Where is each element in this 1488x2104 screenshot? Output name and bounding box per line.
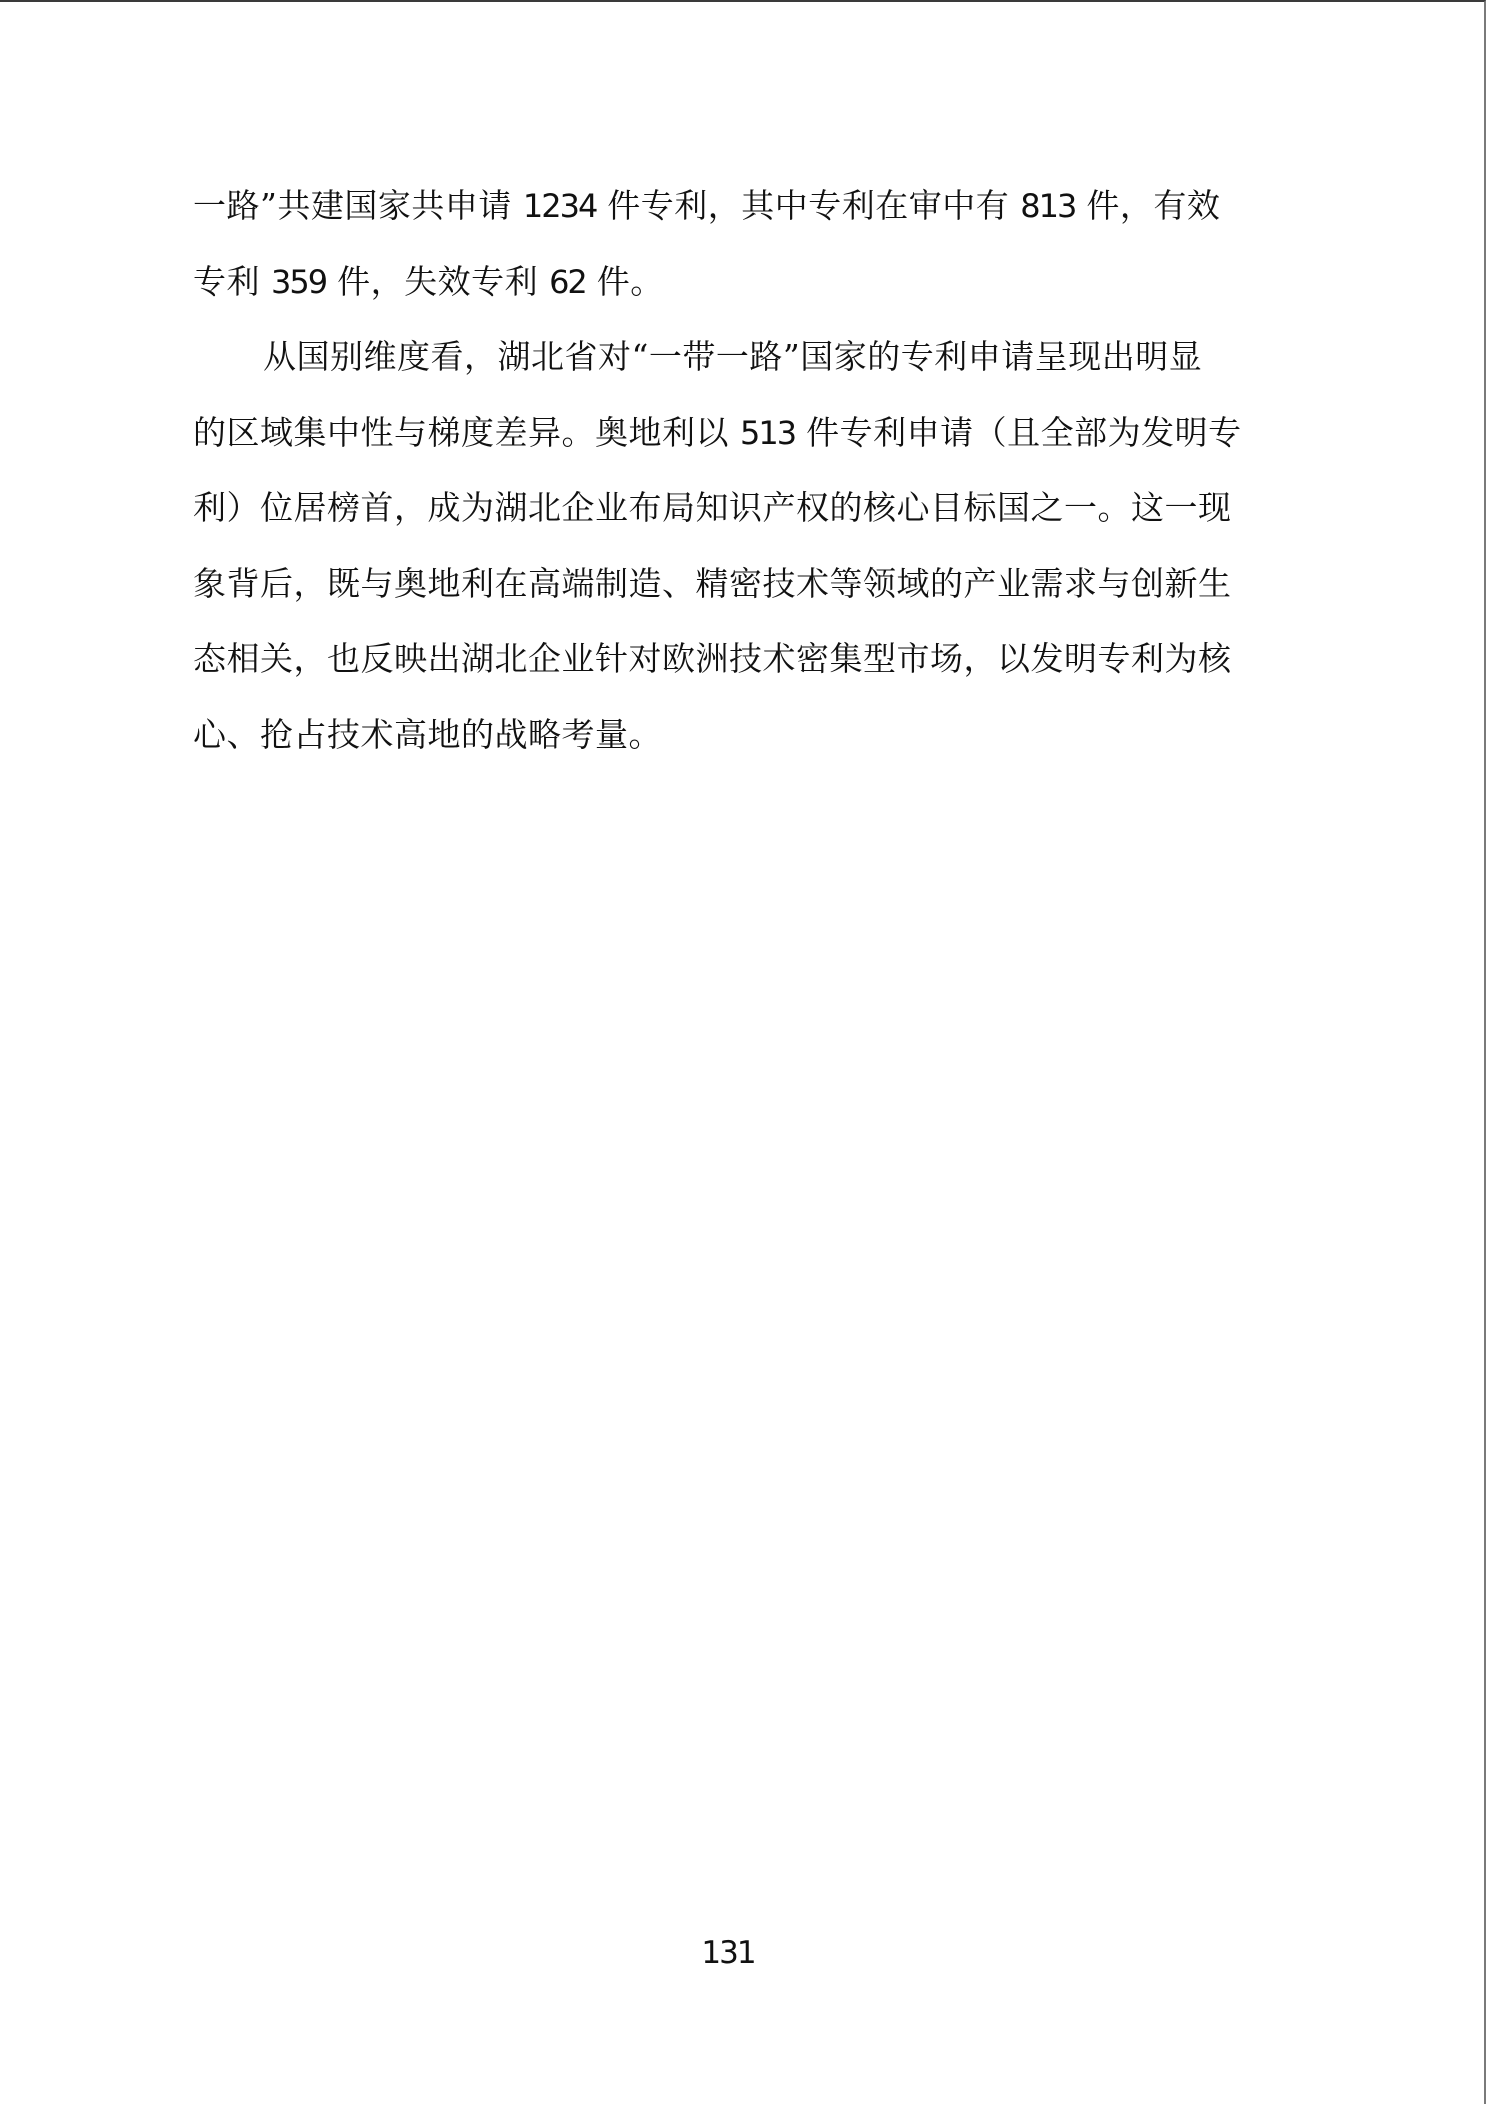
paragraph-2-line-4: 象背后，既与奥地利在高端制造、精密技术等领域的产业需求与创新生 (193, 556, 1265, 632)
total-applications-count: 1234 (523, 187, 596, 225)
text-run: 件，有效 (1075, 186, 1220, 225)
paragraph-2-line-5: 态相关，也反映出湖北企业针对欧洲技术密集型市场，以发明专利为核 (193, 631, 1265, 707)
page-number: 131 (0, 1935, 1456, 1971)
text-run: 件。 (586, 262, 664, 301)
austria-applications-count: 513 (740, 414, 795, 452)
invalid-patents-count: 62 (549, 263, 586, 301)
text-run: 的区域集中性与梯度差异。奥地利以 (193, 413, 740, 452)
document-page: 一路”共建国家共申请 1234 件专利，其中专利在审中有 813 件，有效 专利… (0, 0, 1486, 2104)
pending-patents-count: 813 (1020, 187, 1075, 225)
paragraph-2-line-1: 从国别维度看，湖北省对“一带一路”国家的专利申请呈现出明显 (193, 329, 1265, 405)
paragraph-1-line-2: 专利 359 件，失效专利 62 件。 (193, 254, 1265, 330)
text-run: 件，失效专利 (326, 262, 549, 301)
paragraph-1-line-1: 一路”共建国家共申请 1234 件专利，其中专利在审中有 813 件，有效 (193, 178, 1265, 254)
text-run: 专利 (193, 262, 271, 301)
body-text: 一路”共建国家共申请 1234 件专利，其中专利在审中有 813 件，有效 专利… (193, 178, 1265, 782)
paragraph-2-line-6: 心、抢占技术高地的战略考量。 (193, 707, 1265, 783)
paragraph-2-line-3: 利）位居榜首，成为湖北企业布局知识产权的核心目标国之一。这一现 (193, 480, 1265, 556)
text-run: 件专利申请（且全部为发明专 (795, 413, 1242, 452)
text-run: 一路”共建国家共申请 (193, 186, 523, 225)
text-run: 件专利，其中专利在审中有 (596, 186, 1020, 225)
valid-patents-count: 359 (271, 263, 326, 301)
paragraph-2-line-2: 的区域集中性与梯度差异。奥地利以 513 件专利申请（且全部为发明专 (193, 405, 1265, 481)
